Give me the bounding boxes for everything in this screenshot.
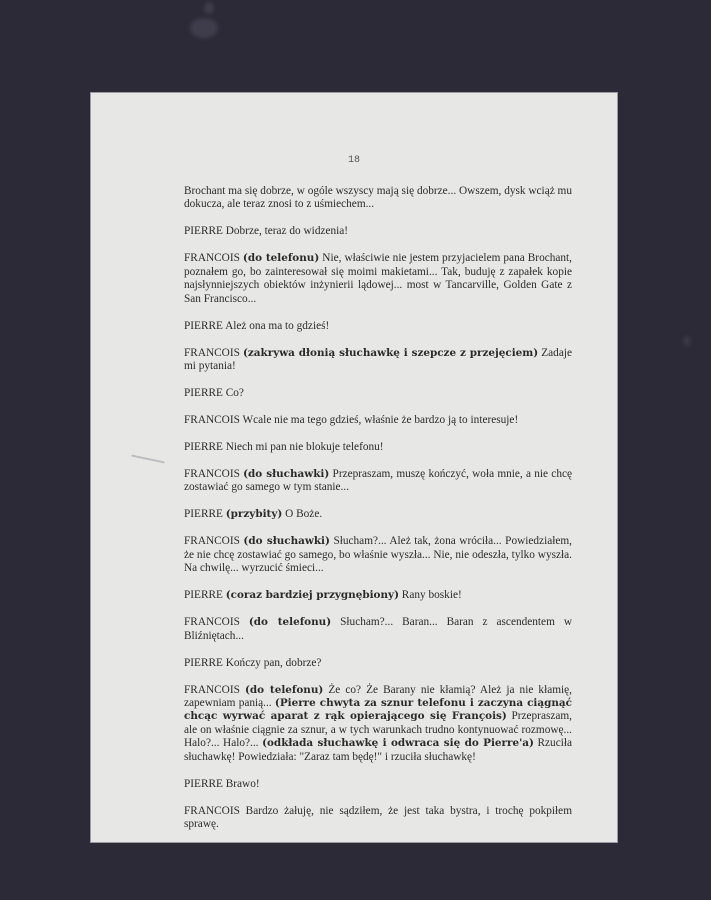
dialogue-paragraph: PIERRE (przybity) O Boże. <box>184 508 572 521</box>
stage-direction: (do telefonu) <box>249 616 331 628</box>
stage-direction: (do telefonu) <box>243 252 319 264</box>
dialogue-paragraph: FRANCOIS (do słuchawki) Przepraszam, mus… <box>184 468 572 495</box>
dialogue-paragraph: FRANCOIS Bardzo żałuję, nie sądziłem, że… <box>184 805 572 832</box>
dialogue-text: PIERRE Ależ ona ma to gdzieś! <box>184 320 329 332</box>
dialogue-text: Brochant ma się dobrze, w ogóle wszyscy … <box>184 185 572 210</box>
dialogue-paragraph: FRANCOIS (do telefonu) Słucham?... Baran… <box>184 616 572 643</box>
dialogue-text: PIERRE Brawo! <box>184 778 260 790</box>
stage-direction: (przybity) <box>226 508 283 520</box>
dialogue-paragraph: Brochant ma się dobrze, w ogóle wszyscy … <box>184 185 572 212</box>
dialogue-paragraph: PIERRE Ależ ona ma to gdzieś! <box>184 320 572 333</box>
dialogue-paragraph: PIERRE Dobrze, teraz do widzenia! <box>184 225 572 238</box>
dialogue-paragraph: FRANCOIS (do telefonu) Nie, właściwie ni… <box>184 252 572 306</box>
scan-dust-mark <box>190 18 218 38</box>
dialogue-text: PIERRE <box>184 589 226 601</box>
dialogue-paragraph: FRANCOIS (zakrywa dłonią słuchawkę i sze… <box>184 347 572 374</box>
dialogue-text: FRANCOIS <box>184 684 245 696</box>
dialogue-text: Rany boskie! <box>399 589 462 601</box>
document-page: 18 Brochant ma się dobrze, w ogóle wszys… <box>91 93 617 842</box>
dialogue-paragraph: PIERRE (coraz bardziej przygnębiony) Ran… <box>184 589 572 602</box>
dialogue-text: PIERRE <box>184 508 226 520</box>
stage-direction: (do słuchawki) <box>243 535 329 547</box>
stage-direction: (do słuchawki) <box>243 468 329 480</box>
dialogue-text: PIERRE Dobrze, teraz do widzenia! <box>184 225 348 237</box>
stage-direction: (do telefonu) <box>245 684 323 696</box>
dialogue-text: FRANCOIS Bardzo żałuję, nie sądziłem, że… <box>184 805 572 830</box>
dialogue-text: FRANCOIS <box>184 347 243 359</box>
page-number: 18 <box>91 155 617 166</box>
dialogue-paragraph: PIERRE Co? <box>184 387 572 400</box>
dialogue-paragraph: PIERRE Brawo! <box>184 778 572 791</box>
dialogue-text: PIERRE Kończy pan, dobrze? <box>184 657 321 669</box>
dialogue-text: FRANCOIS Wcale nie ma tego gdzieś, właśn… <box>184 414 518 426</box>
script-body: Brochant ma się dobrze, w ogóle wszyscy … <box>184 185 572 845</box>
scan-dust-mark <box>684 336 690 346</box>
dialogue-text: PIERRE Co? <box>184 387 244 399</box>
dialogue-text: FRANCOIS <box>184 535 243 547</box>
dialogue-text: O Boże. <box>282 508 322 520</box>
dialogue-text: FRANCOIS <box>184 616 249 628</box>
scan-dust-mark <box>204 2 214 14</box>
stage-direction: (odkłada słuchawkę i odwraca się do Pier… <box>262 737 534 749</box>
dialogue-text: PIERRE Niech mi pan nie blokuje telefonu… <box>184 441 384 453</box>
stage-direction: (coraz bardziej przygnębiony) <box>226 589 399 601</box>
dialogue-text: FRANCOIS <box>184 252 243 264</box>
dialogue-paragraph: PIERRE Kończy pan, dobrze? <box>184 657 572 670</box>
dialogue-paragraph: FRANCOIS Wcale nie ma tego gdzieś, właśn… <box>184 414 572 427</box>
stage-direction: (zakrywa dłonią słuchawkę i szepcze z pr… <box>243 347 538 359</box>
dialogue-paragraph: FRANCOIS (do telefonu) Że co? Że Barany … <box>184 684 572 764</box>
dialogue-paragraph: PIERRE Niech mi pan nie blokuje telefonu… <box>184 441 572 454</box>
dialogue-paragraph: FRANCOIS (do słuchawki) Słucham?... Ależ… <box>184 535 572 575</box>
paper-smudge <box>131 454 165 463</box>
dialogue-text: FRANCOIS <box>184 468 243 480</box>
